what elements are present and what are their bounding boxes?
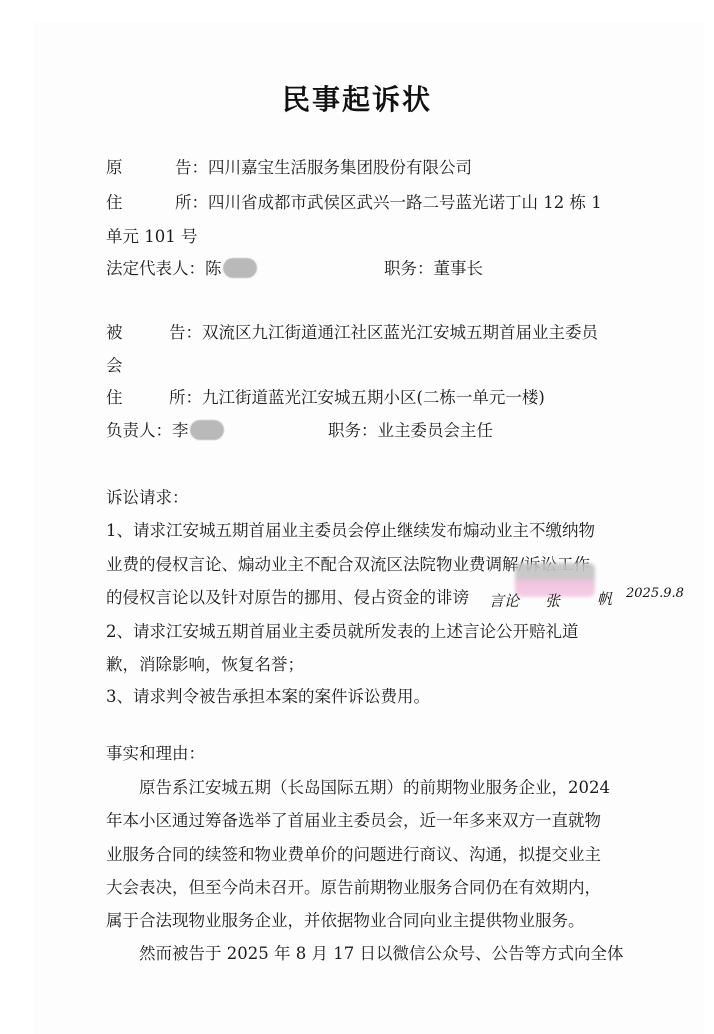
defendant-row: 被告：双流区九江街道通江社区蓝光江安城五期首届业主委员 <box>106 322 598 344</box>
defendant-rep-surname: 李 <box>172 421 189 440</box>
plaintiff-address-line2: 单元 101 号 <box>106 226 197 248</box>
plaintiff-duty-value: 董事长 <box>434 259 484 278</box>
plaintiff-row: 原告：四川嘉宝生活服务集团股份有限公司 <box>106 157 472 179</box>
defendant-duty: 职务：业主委员会主任 <box>328 420 493 442</box>
facts-line: 大会表决，但至今尚未召开。原告前期物业服务合同仍在有效期内， <box>106 877 601 899</box>
plaintiff-address-label-a: 住 <box>106 192 175 214</box>
plaintiff-rep-row: 法定代表人：陈 <box>106 258 257 280</box>
defendant-duty-value: 业主委员会主任 <box>378 421 494 440</box>
plaintiff-rep-surname: 陈 <box>205 259 222 278</box>
claim-line: 的侵权言论以及针对原告的挪用、侵占资金的诽谤 <box>106 587 469 609</box>
plaintiff-address-label-b: 所： <box>175 192 208 214</box>
plaintiff-label-b: 告： <box>175 157 208 179</box>
defendant-name-line2: 会 <box>106 355 123 377</box>
defendant-address-label-b: 所： <box>169 387 202 409</box>
document-title: 民事起诉状 <box>0 78 714 118</box>
claim-line: 3、请求判令被告承担本案的案件诉讼费用。 <box>106 686 430 708</box>
defendant-label-a: 被 <box>106 322 169 344</box>
plaintiff-duty-label: 职务： <box>384 259 434 278</box>
defendant-address: 九江街道蓝光江安城五期小区(二栋一单元一楼) <box>202 388 545 407</box>
plaintiff-name: 四川嘉宝生活服务集团股份有限公司 <box>208 158 472 177</box>
defendant-rep-label: 负责人： <box>106 421 172 440</box>
plaintiff-duty: 职务：董事长 <box>384 258 483 280</box>
handwritten-name-2: 帆 <box>597 588 612 609</box>
claim-line: 1、请求江安城五期首届业主委员会停止继续发布煽动业主不缴纳物 <box>106 520 595 542</box>
claim-line: 2、请求江安城五期首届业主委员就所发表的上述言论公开赔礼道 <box>106 621 579 643</box>
defendant-address-label-a: 住 <box>106 387 169 409</box>
plaintiff-rep-label: 法定代表人： <box>106 259 205 278</box>
defendant-label-b: 告： <box>169 322 202 344</box>
handwritten-date: 2025.9.8 <box>626 586 684 601</box>
facts-line: 属于合法现物业服务企业，并依据物业合同向业主提供物业服务。 <box>106 910 585 932</box>
plaintiff-label-a: 原 <box>106 157 175 179</box>
facts-line: 年本小区通过筹备选举了首届业主委员会，近一年多来双方一直就物 <box>106 810 601 832</box>
facts-line: 原告系江安城五期（长岛国际五期）的前期物业服务企业，2024 <box>106 777 610 799</box>
defendant-rep-row: 负责人：李 <box>106 420 224 442</box>
claim-line: 歉，消除影响，恢复名誉； <box>106 654 304 676</box>
defendant-address-row: 住所：九江街道蓝光江安城五期小区(二栋一单元一楼) <box>106 387 545 409</box>
facts-line: 业服务合同的续签和物业费单价的问题进行商议、沟通，拟提交业主 <box>106 844 601 866</box>
facts-line: 然而被告于 2025 年 8 月 17 日以微信公众号、公告等方式向全体 <box>106 943 623 965</box>
handwritten-name-1: 张 <box>545 590 560 611</box>
claims-heading: 诉讼请求： <box>106 487 189 509</box>
plaintiff-address-line1: 四川省成都市武侯区武兴一路二号蓝光诺丁山 12 栋 1 <box>208 193 602 212</box>
plaintiff-address-row: 住所：四川省成都市武侯区武兴一路二号蓝光诺丁山 12 栋 1 <box>106 192 602 214</box>
defendant-duty-label: 职务： <box>328 421 378 440</box>
redaction-blur <box>190 420 224 440</box>
facts-heading: 事实和理由： <box>106 743 205 765</box>
defendant-name-line1: 双流区九江街道通江社区蓝光江安城五期首届业主委员 <box>202 323 598 342</box>
redaction-blur <box>223 258 257 278</box>
handwritten-word: 言论 <box>489 590 519 611</box>
